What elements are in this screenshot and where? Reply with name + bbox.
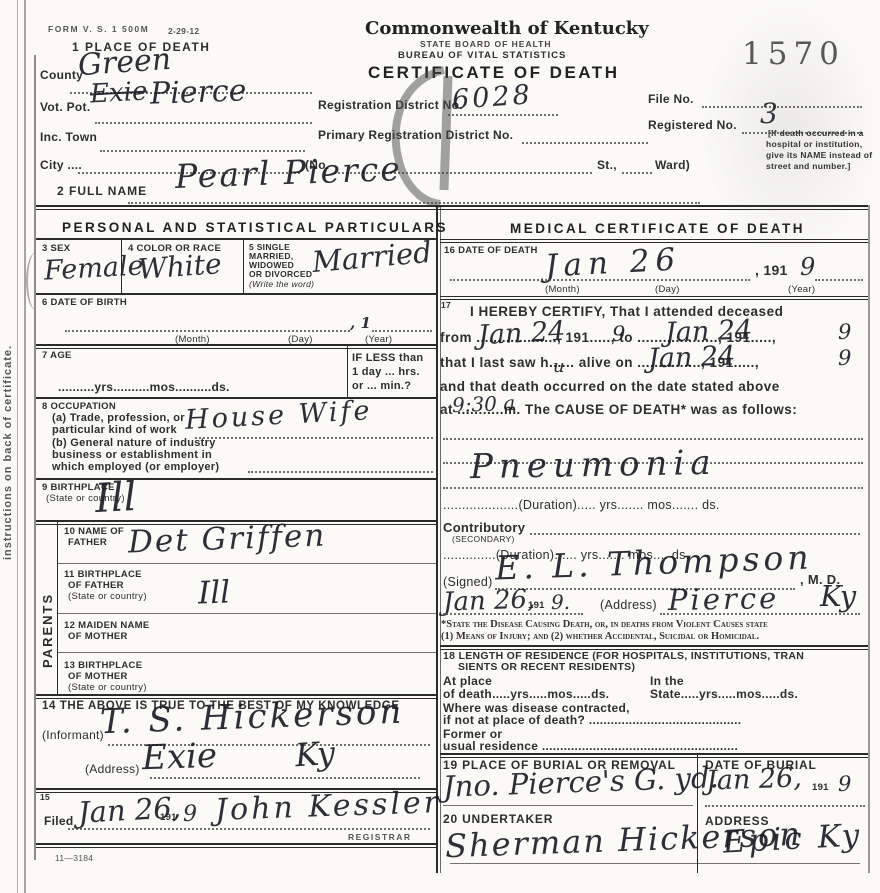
personal-section-title: PERSONAL AND STATISTICAL PARTICULARS	[62, 220, 448, 235]
signed-year-digit: 9.	[551, 592, 570, 612]
row3-bottom-rule	[36, 293, 436, 295]
filed-dotted-line	[68, 828, 430, 830]
color-race-handwriting: White	[137, 250, 222, 284]
ward-label: Ward)	[655, 158, 690, 172]
filed-bottom-rule	[36, 843, 436, 848]
margin-vertical-note: instructions on back of certificate.	[2, 345, 14, 560]
cause-of-death-handwriting: Pneumonia	[470, 446, 717, 484]
age-less-line: or ... min.?	[352, 380, 411, 392]
mother-maiden-label-line: OF MOTHER	[68, 631, 128, 642]
father-name-label-line: 10 NAME OF	[64, 526, 124, 537]
former-residence-line: usual residence ........................…	[443, 739, 738, 753]
dob-year-prefix: , 1	[350, 316, 371, 331]
father-name-label-line: FATHER	[68, 537, 107, 548]
informant-address-dotted-line	[150, 777, 420, 779]
birthplace-handwriting: Ill	[94, 477, 137, 519]
registered-no-label: Registered No.	[648, 118, 737, 132]
hospital-note-line: street and number.]	[766, 161, 851, 171]
inc-town-dotted-line	[100, 150, 305, 152]
ink-stamp-mark	[382, 62, 477, 212]
occupation-a-line: (a) Trade, profession, or	[52, 412, 185, 424]
registrar-signature-handwriting: John Kessler	[215, 788, 442, 826]
hospital-note-line: give its NAME instead of	[766, 150, 872, 160]
physician-address-state-handwriting: Ky	[820, 582, 856, 611]
commonwealth-title: Commonwealth of Kentucky	[365, 18, 649, 39]
file-no-label: File No.	[648, 92, 694, 106]
address-dotted-line	[443, 613, 583, 615]
father-name-handwriting: Det Griffen	[128, 521, 327, 559]
city-label: City ....	[40, 158, 82, 172]
form-code: FORM V. S. 1 500M	[48, 24, 149, 34]
footnote-line: *State the Disease Causing Death, or, in…	[441, 619, 768, 630]
pronoun-handwriting: u	[553, 358, 565, 376]
mother-birth-label-line: (State or country)	[68, 682, 147, 693]
occupation-handwriting: House Wife	[184, 397, 373, 434]
informant-address-label: (Address)	[85, 762, 140, 776]
father-birth-underline	[57, 613, 436, 614]
contributory-label: Contributory	[443, 520, 525, 535]
attended-from-year-digit: 9	[612, 324, 625, 345]
parents-group-label: PARENTS	[40, 593, 55, 668]
sex-handwriting: Female	[43, 252, 144, 284]
death-year-sub: (Year)	[788, 284, 815, 295]
ward-dotted-line	[622, 172, 652, 174]
inc-town-label: Inc. Town	[40, 130, 97, 144]
street-label: St.,	[597, 158, 617, 172]
occupation-a-dotted-line	[195, 437, 433, 439]
cause-dotted-line	[443, 487, 863, 489]
father-birth-label-line: 11 BIRTHPLACE	[64, 569, 142, 580]
form-revision-date: 2-29-12	[168, 26, 199, 36]
last-saw-date-handwriting: Jan 24	[648, 342, 736, 372]
certificate-number-stamp: 1570	[742, 36, 845, 72]
death-certificate-scan: instructions on back of certificate. FOR…	[0, 0, 880, 893]
father-birthplace-handwriting: Ill	[197, 577, 230, 609]
medical-section-title: MEDICAL CERTIFICATE OF DEATH	[510, 221, 805, 236]
vot-pot-dotted-line	[95, 122, 312, 124]
marital-label-line: OR DIVORCED	[249, 269, 312, 279]
date-of-death-year-dots	[815, 279, 863, 281]
age-less-box-divider	[347, 346, 348, 397]
column-divider	[436, 205, 438, 873]
bureau-subtitle: BUREAU OF VITAL STATISTICS	[398, 50, 566, 61]
vot-pot-handwriting: Pierce	[150, 76, 247, 109]
full-name-handwriting: Pearl Pierce	[174, 152, 402, 193]
occupation-b-line: business or establishment in	[52, 449, 212, 461]
filed-year-digit-handwriting: 9	[183, 804, 197, 826]
marital-handwriting: Married	[311, 238, 433, 277]
occupation-label: 8 OCCUPATION	[42, 401, 116, 412]
sex-color-cell-divider	[121, 240, 122, 293]
informant-address-handwriting: Exie	[141, 739, 217, 776]
age-less-line: IF LESS than	[352, 352, 423, 364]
date-of-death-year-digit: 9	[800, 255, 815, 279]
death-day-sub: (Day)	[655, 284, 680, 295]
primary-registration-dotted-line	[522, 142, 648, 144]
dob-dotted-line	[65, 330, 350, 332]
physician-address-handwriting: Pierce	[668, 584, 780, 615]
age-less-line: 1 day ... hrs.	[352, 366, 420, 378]
father-birth-label-line: OF FATHER	[68, 580, 124, 591]
date-of-death-handwriting: Jan 26	[544, 244, 682, 282]
mother-maiden-underline	[57, 652, 436, 653]
bottom-form-number: 11—3184	[55, 853, 93, 863]
item-17-number: 17	[441, 300, 451, 310]
in-state-line: In the	[650, 674, 684, 688]
age-label: 7 AGE	[42, 350, 72, 361]
last-saw-year-digit: 9	[838, 348, 851, 369]
residence-title-line: SIENTS OR RECENT RESIDENTS)	[458, 661, 635, 673]
signed-date-handwriting: Jan 26,	[443, 586, 536, 615]
registered-no-handwriting: 3	[760, 100, 778, 128]
attended-to-year-digit: 9	[838, 322, 851, 343]
hospital-note-line: hospital or institution,	[766, 139, 862, 149]
secondary-label: (SECONDARY)	[452, 534, 515, 544]
burial-date-underline	[705, 805, 865, 807]
date-of-death-year-prefix: , 191	[755, 262, 788, 278]
filed-label: Filed	[44, 814, 74, 828]
county-label: County	[40, 68, 83, 82]
father-name-underline	[57, 563, 436, 564]
dob-bottom-rule	[36, 344, 436, 349]
burial-year-digit: 9	[838, 774, 851, 795]
cause-duration-line: ....................(Duration)..... yrs.…	[443, 498, 720, 512]
address-dotted-line	[660, 613, 860, 615]
occupation-b-dotted-line	[248, 471, 433, 473]
full-name-label: 2 FULL NAME	[57, 184, 147, 198]
informant-label: (Informant)	[42, 728, 104, 742]
age-bottom-rule	[36, 397, 436, 399]
attended-from-date-handwriting: Jan 24	[477, 318, 566, 350]
at-place-line: At place	[443, 674, 492, 688]
in-state-line: State.....yrs.....mos.....ds.	[650, 687, 798, 701]
death-time-handwriting: 9:30 a	[452, 393, 516, 415]
scan-edge-line	[24, 0, 26, 893]
burial-place-handwriting: Jno. Pierce's G. yd.	[443, 763, 720, 802]
occupation-b-line: (b) General nature of industry	[52, 437, 216, 449]
form-right-border	[868, 205, 870, 873]
informant-address-state-handwriting: Ky	[294, 737, 336, 772]
marital-label-line: (Write the word)	[249, 279, 314, 289]
signed-year-prefix: 191	[528, 600, 545, 611]
contributory-dotted-line	[530, 533, 860, 535]
undertaker-address-handwriting: Epic Ky	[722, 820, 863, 858]
mother-maiden-label-line: 12 MAIDEN NAME	[64, 620, 150, 631]
header-bottom-rule	[36, 205, 868, 210]
scan-edge-line	[17, 0, 18, 893]
physician-address-label: (Address)	[600, 598, 657, 612]
mother-birth-label-line: OF MOTHER	[68, 671, 128, 682]
mother-birth-label-line: 13 BIRTHPLACE	[64, 660, 142, 671]
filed-year-prefix: 191	[160, 812, 177, 823]
parents-divider	[57, 520, 58, 694]
burial-date-handwriting: Jan 26,	[706, 764, 803, 794]
death-month-sub: (Month)	[545, 284, 580, 295]
undertaker-underline	[450, 863, 860, 864]
vot-pot-struck-handwriting: Exie	[89, 79, 148, 108]
at-place-line: of death.....yrs.....mos.....ds.	[443, 687, 609, 701]
date-of-death-bottom-rule	[440, 296, 868, 300]
color-marital-cell-divider	[243, 240, 244, 293]
date-of-death-label: 16 DATE OF DEATH	[444, 245, 538, 256]
informant-signature-handwriting: T. S. Hickerson	[99, 695, 404, 740]
dob-label: 6 DATE OF BIRTH	[42, 297, 127, 308]
father-birth-label-line: (State or country)	[68, 591, 147, 602]
footnote-line: (1) Means of Injury; and (2) whether Acc…	[441, 631, 759, 642]
state-board-subtitle: STATE BOARD OF HEALTH	[420, 39, 552, 49]
cause-dotted-line	[443, 438, 863, 440]
disease-contracted-line: if not at place of death? ..............…	[443, 713, 741, 727]
item-15-number: 15	[40, 792, 50, 802]
hospital-note-line: [If death occurred in a	[768, 128, 864, 138]
registrar-label: REGISTRAR	[348, 832, 412, 842]
occupation-a-line: particular kind of work	[52, 424, 177, 436]
occupation-b-line: which employed (or employer)	[52, 461, 219, 473]
burial-year-prefix: 191	[812, 782, 829, 793]
sex-label: 3 SEX	[42, 243, 70, 254]
burial-underline	[443, 805, 693, 806]
file-no-dotted-line	[702, 106, 862, 108]
vot-pot-label: Vot. Pot.	[40, 100, 90, 114]
dob-year-dotted-line	[372, 330, 432, 332]
age-units: ..........yrs..........mos..........ds.	[58, 380, 230, 394]
physician-signature-handwriting: E. L. Thompson	[495, 540, 814, 584]
date-of-death-dotted-line	[450, 279, 750, 281]
form-left-border	[34, 55, 36, 860]
